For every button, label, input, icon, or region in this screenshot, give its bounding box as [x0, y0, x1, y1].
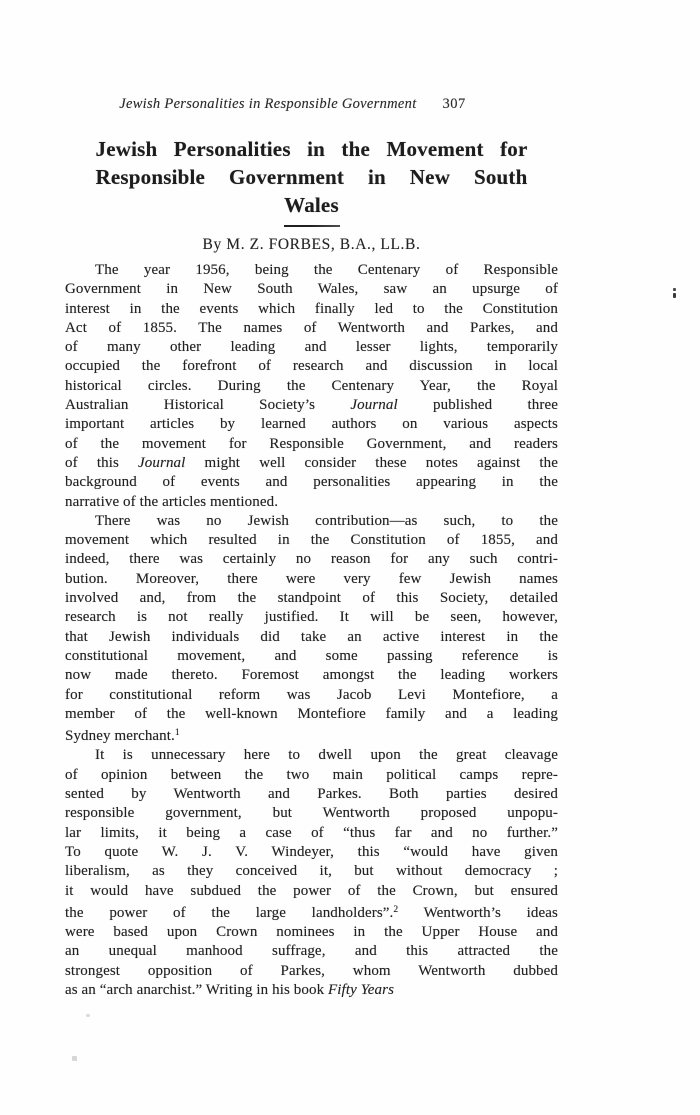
text-run: It is unnecessary here to dwell upon the… — [95, 747, 558, 763]
scan-speck-right-edge — [673, 288, 676, 291]
text-run: historical circles. During the Centenary… — [65, 378, 558, 394]
text-run: it would have subdued the power of the C… — [65, 883, 558, 899]
text-line: research is not really justified. It wil… — [65, 608, 558, 627]
text-line: responsible government, but Wentworth pr… — [65, 804, 558, 823]
text-line: as an “arch anarchist.” Writing in his b… — [65, 981, 558, 1000]
text-line: historical circles. During the Centenary… — [65, 377, 558, 396]
text-run: occupied the forefront of research and d… — [65, 358, 558, 374]
text-line: Act of 1855. The names of Wentworth and … — [65, 319, 558, 338]
text-run: background of events and personalities a… — [65, 474, 558, 490]
text-run: were based upon Crown nominees in the Up… — [65, 924, 558, 940]
text-run: liberalism, as they conceived it, but wi… — [65, 863, 558, 879]
italic-text: Journal — [138, 455, 185, 471]
text-run: that Jewish individuals did take an acti… — [65, 629, 558, 645]
scanned-page: Jewish Personalities in Responsible Gove… — [0, 0, 700, 1115]
title-line-3: Wales — [96, 191, 528, 219]
text-run: sented by Wentworth and Parkes. Both par… — [65, 786, 558, 802]
text-run: involved and, from the standpoint of thi… — [65, 590, 558, 606]
text-run: narrative of the articles mentioned. — [65, 494, 278, 510]
text-run: Australian Historical Society’s — [65, 397, 350, 413]
text-run: interest in the events which finally led… — [65, 301, 558, 317]
text-run: Government in New South Wales, saw an up… — [65, 281, 558, 297]
byline: By M. Z. FORBES, B.A., LL.B. — [65, 235, 558, 254]
text-line: lar limits, it being a case of “thus far… — [65, 824, 558, 843]
text-line: of the movement for Responsible Governme… — [65, 435, 558, 454]
text-line: involved and, from the standpoint of thi… — [65, 589, 558, 608]
title-divider-rule — [284, 225, 340, 227]
running-head-title: Jewish Personalities in Responsible Gove… — [119, 96, 416, 113]
scan-speck-bottom-left — [86, 1014, 90, 1017]
text-run: published three — [398, 397, 558, 413]
text-line: interest in the events which finally led… — [65, 300, 558, 319]
text-line: that Jewish individuals did take an acti… — [65, 628, 558, 647]
text-run: indeed, there was certainly no reason fo… — [65, 551, 558, 567]
text-run: research is not really justified. It wil… — [65, 609, 558, 625]
text-run: lar limits, it being a case of “thus far… — [65, 825, 558, 841]
text-run: of this — [65, 455, 138, 471]
running-head-page-number: 307 — [443, 96, 466, 113]
text-run: important articles by learned authors on… — [65, 416, 558, 432]
title-line-1: Jewish Personalities in the Movement for — [96, 135, 528, 163]
text-run: of the movement for Responsible Governme… — [65, 436, 558, 452]
text-run: of many other leading and lesser lights,… — [65, 339, 558, 355]
text-line: constitutional movement, and some passin… — [65, 647, 558, 666]
text-line: background of events and personalities a… — [65, 473, 558, 492]
text-run: The year 1956, being the Centenary of Re… — [95, 262, 558, 278]
text-run: Act of 1855. The names of Wentworth and … — [65, 320, 558, 336]
text-run: might well consider these notes against … — [185, 455, 558, 471]
text-run: as an “arch anarchist.” Writing in his b… — [65, 982, 328, 998]
text-line: Government in New South Wales, saw an up… — [65, 280, 558, 299]
text-line: The year 1956, being the Centenary of Re… — [65, 261, 558, 280]
text-line: of this Journal might well consider thes… — [65, 454, 558, 473]
paragraph: It is unnecessary here to dwell upon the… — [65, 746, 558, 1000]
text-line: member of the well-known Montefiore fami… — [65, 705, 558, 724]
paragraph: The year 1956, being the Centenary of Re… — [65, 261, 558, 512]
text-line: of opinion between the two main politica… — [65, 766, 558, 785]
article-title: Jewish Personalities in the Movement for… — [96, 135, 528, 219]
text-line: of many other leading and lesser lights,… — [65, 338, 558, 357]
text-run: Wentworth’s ideas — [398, 905, 558, 921]
text-line: movement which resulted in the Constitut… — [65, 531, 558, 550]
article-body: The year 1956, being the Centenary of Re… — [65, 261, 558, 1000]
text-run: There was no Jewish contribution—as such… — [95, 513, 558, 529]
text-line: were based upon Crown nominees in the Up… — [65, 923, 558, 942]
text-line: bution. Moreover, there were very few Je… — [65, 570, 558, 589]
text-line: it would have subdued the power of the C… — [65, 882, 558, 901]
text-line: now made thereto. Foremost amongst the l… — [65, 666, 558, 685]
text-run: responsible government, but Wentworth pr… — [65, 805, 558, 821]
text-run: now made thereto. Foremost amongst the l… — [65, 667, 558, 683]
scan-speck-bottom-left — [72, 1056, 77, 1061]
text-line: strongest opposition of Parkes, whom Wen… — [65, 962, 558, 981]
text-line: the power of the large landholders”.2 We… — [65, 901, 558, 923]
text-run: bution. Moreover, there were very few Je… — [65, 571, 558, 587]
text-run: constitutional movement, and some passin… — [65, 648, 558, 664]
text-line: There was no Jewish contribution—as such… — [65, 512, 558, 531]
text-run: of opinion between the two main politica… — [65, 767, 558, 783]
italic-text: Fifty Years — [328, 982, 394, 998]
text-line: indeed, there was certainly no reason fo… — [65, 550, 558, 569]
title-line-2: Responsible Government in New South — [96, 163, 528, 191]
text-line: an unequal manhood suffrage, and this at… — [65, 942, 558, 961]
paragraph: There was no Jewish contribution—as such… — [65, 512, 558, 747]
text-run: strongest opposition of Parkes, whom Wen… — [65, 963, 558, 979]
text-run: movement which resulted in the Constitut… — [65, 532, 558, 548]
text-run: an unequal manhood suffrage, and this at… — [65, 943, 558, 959]
text-column: Jewish Personalities in Responsible Gove… — [65, 0, 558, 1000]
text-line: for constitutional reform was Jacob Levi… — [65, 686, 558, 705]
text-line: occupied the forefront of research and d… — [65, 357, 558, 376]
text-line: liberalism, as they conceived it, but wi… — [65, 862, 558, 881]
text-line: important articles by learned authors on… — [65, 415, 558, 434]
text-run: To quote W. J. V. Windeyer, this “would … — [65, 844, 558, 860]
text-line: Sydney merchant.1 — [65, 724, 558, 746]
text-line: To quote W. J. V. Windeyer, this “would … — [65, 843, 558, 862]
text-run: member of the well-known Montefiore fami… — [65, 706, 558, 722]
text-line: It is unnecessary here to dwell upon the… — [65, 746, 558, 765]
text-run: the power of the large landholders”. — [65, 905, 393, 921]
text-run: for constitutional reform was Jacob Levi… — [65, 687, 558, 703]
text-line: sented by Wentworth and Parkes. Both par… — [65, 785, 558, 804]
text-line: Australian Historical Society’s Journal … — [65, 396, 558, 415]
running-head: Jewish Personalities in Responsible Gove… — [65, 0, 558, 113]
text-run: Sydney merchant. — [65, 728, 175, 744]
text-line: narrative of the articles mentioned. — [65, 493, 558, 512]
footnote-reference: 1 — [175, 728, 180, 738]
scan-speck-right-edge — [673, 293, 676, 298]
italic-text: Journal — [350, 397, 397, 413]
